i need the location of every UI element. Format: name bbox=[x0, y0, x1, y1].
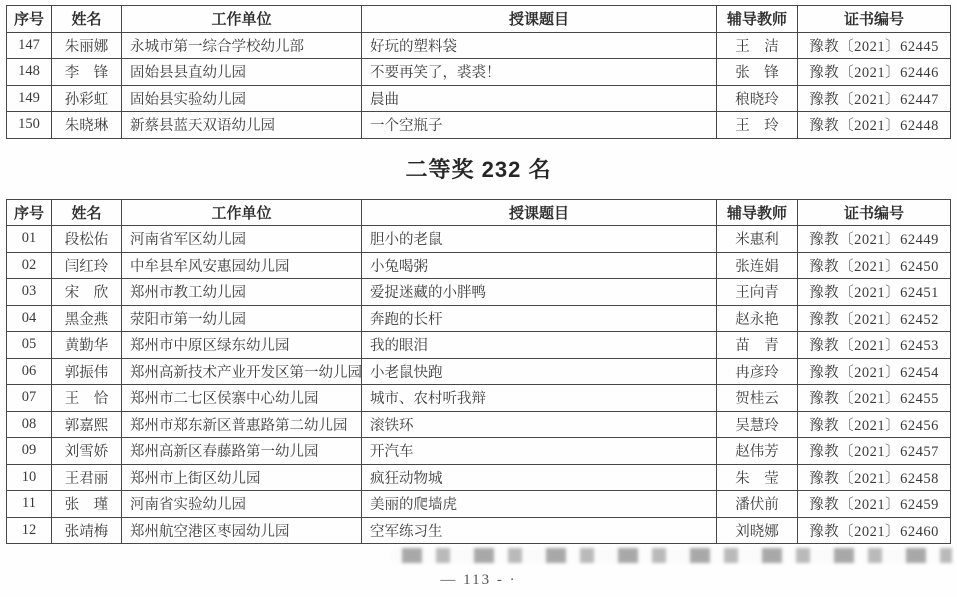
table-cell: 黑金燕 bbox=[52, 305, 122, 332]
table-cell: 150 bbox=[7, 112, 52, 139]
table-cell: 豫教〔2021〕62457 bbox=[798, 438, 951, 465]
table-cell: 小老鼠快跑 bbox=[362, 358, 717, 385]
header-tutor: 辅导教师 bbox=[717, 6, 798, 33]
table-cell: 郑州市中原区绿东幼儿园 bbox=[122, 332, 362, 359]
table-cell: 郑州航空港区枣园幼儿园 bbox=[122, 517, 362, 544]
table-cell: 新蔡县蓝天双语幼儿园 bbox=[122, 112, 362, 139]
table-header: 序号 姓名 工作单位 授课题目 辅导教师 证书编号 bbox=[7, 199, 951, 226]
table-cell: 02 bbox=[7, 252, 52, 279]
table-cell: 04 bbox=[7, 305, 52, 332]
table-cell: 黄勤华 bbox=[52, 332, 122, 359]
table-cell: 一个空瓶子 bbox=[362, 112, 717, 139]
page-number: — 113 - · bbox=[0, 572, 957, 589]
table-cell: 李 锋 bbox=[52, 59, 122, 86]
header-work-unit: 工作单位 bbox=[122, 6, 362, 33]
table-cell: 张 瑾 bbox=[52, 491, 122, 518]
header-serial: 序号 bbox=[7, 6, 52, 33]
table-cell: 闫红玲 bbox=[52, 252, 122, 279]
table-row: 10王君丽郑州市上街区幼儿园疯狂动物城朱 莹豫教〔2021〕62458 bbox=[7, 464, 951, 491]
table-cell: 郑州市上街区幼儿园 bbox=[122, 464, 362, 491]
table-cell: 08 bbox=[7, 411, 52, 438]
table-row: 04黑金燕荥阳市第一幼儿园奔跑的长杆赵永艳豫教〔2021〕62452 bbox=[7, 305, 951, 332]
table-cell: 豫教〔2021〕62450 bbox=[798, 252, 951, 279]
table-cell: 米惠利 bbox=[717, 226, 798, 253]
table-cell: 王 洁 bbox=[717, 32, 798, 59]
table-cell: 王君丽 bbox=[52, 464, 122, 491]
table-row: 150朱晓琳新蔡县蓝天双语幼儿园一个空瓶子王 玲豫教〔2021〕62448 bbox=[7, 112, 951, 139]
table-cell: 美丽的爬墙虎 bbox=[362, 491, 717, 518]
header-lecture-title: 授课题目 bbox=[362, 6, 717, 33]
table-cell: 朱丽娜 bbox=[52, 32, 122, 59]
table-cell: 张 锋 bbox=[717, 59, 798, 86]
table-cell: 刘雪娇 bbox=[52, 438, 122, 465]
table-cell: 王向青 bbox=[717, 279, 798, 306]
table-cell: 段松佑 bbox=[52, 226, 122, 253]
table-cell: 郑州高新区春藤路第一幼儿园 bbox=[122, 438, 362, 465]
table-cell: 滚铁环 bbox=[362, 411, 717, 438]
table-row: 05黄勤华郑州市中原区绿东幼儿园我的眼泪苗 青豫教〔2021〕62453 bbox=[7, 332, 951, 359]
table-row: 148李 锋固始县县直幼儿园不要再笑了，裘裘！张 锋豫教〔2021〕62446 bbox=[7, 59, 951, 86]
table-cell: 贺桂云 bbox=[717, 385, 798, 412]
table-cell: 晨曲 bbox=[362, 85, 717, 112]
table-cell: 豫教〔2021〕62447 bbox=[798, 85, 951, 112]
header-name: 姓名 bbox=[52, 199, 122, 226]
table-row: 08郭嘉熙郑州市郑东新区普惠路第二幼儿园滚铁环吴慧玲豫教〔2021〕62456 bbox=[7, 411, 951, 438]
table-cell: 05 bbox=[7, 332, 52, 359]
document-page: 序号 姓名 工作单位 授课题目 辅导教师 证书编号 147朱丽娜永城市第一综合学… bbox=[0, 0, 957, 597]
table-cell: 豫教〔2021〕62455 bbox=[798, 385, 951, 412]
table-row: 147朱丽娜永城市第一综合学校幼儿部好玩的塑料袋王 洁豫教〔2021〕62445 bbox=[7, 32, 951, 59]
table-cell: 豫教〔2021〕62446 bbox=[798, 59, 951, 86]
table-cell: 豫教〔2021〕62453 bbox=[798, 332, 951, 359]
table-cell: 豫教〔2021〕62458 bbox=[798, 464, 951, 491]
table-cell: 刘晓娜 bbox=[717, 517, 798, 544]
table-cell: 郑州高新技术产业开发区第一幼儿园 bbox=[122, 358, 362, 385]
table-cell: 河南省军区幼儿园 bbox=[122, 226, 362, 253]
table-cell: 12 bbox=[7, 517, 52, 544]
table-cell: 03 bbox=[7, 279, 52, 306]
table-cell: 豫教〔2021〕62451 bbox=[798, 279, 951, 306]
table-cell: 郭振伟 bbox=[52, 358, 122, 385]
table-cell: 郭嘉熙 bbox=[52, 411, 122, 438]
table-cell: 苗 青 bbox=[717, 332, 798, 359]
table-cell: 孙彩虹 bbox=[52, 85, 122, 112]
table-cell: 11 bbox=[7, 491, 52, 518]
table-cell: 荥阳市第一幼儿园 bbox=[122, 305, 362, 332]
table-header: 序号 姓名 工作单位 授课题目 辅导教师 证书编号 bbox=[7, 6, 951, 33]
first-prize-table: 序号 姓名 工作单位 授课题目 辅导教师 证书编号 147朱丽娜永城市第一综合学… bbox=[6, 5, 951, 139]
header-lecture-title: 授课题目 bbox=[362, 199, 717, 226]
table-cell: 好玩的塑料袋 bbox=[362, 32, 717, 59]
table-cell: 爱捉迷藏的小胖鸭 bbox=[362, 279, 717, 306]
table-cell: 147 bbox=[7, 32, 52, 59]
table-cell: 朱 莹 bbox=[717, 464, 798, 491]
table-cell: 06 bbox=[7, 358, 52, 385]
table-cell: 潘伏前 bbox=[717, 491, 798, 518]
table-row: 12张靖梅郑州航空港区枣园幼儿园空军练习生刘晓娜豫教〔2021〕62460 bbox=[7, 517, 951, 544]
table-cell: 赵永艳 bbox=[717, 305, 798, 332]
second-prize-table: 序号 姓名 工作单位 授课题目 辅导教师 证书编号 01段松佑河南省军区幼儿园胆… bbox=[6, 199, 951, 545]
table-cell: 中牟县牟风安惠园幼儿园 bbox=[122, 252, 362, 279]
table-cell: 豫教〔2021〕62445 bbox=[798, 32, 951, 59]
header-certificate-no: 证书编号 bbox=[798, 199, 951, 226]
table-row: 07王 恰郑州市二七区侯寨中心幼儿园城市、农村听我辩贺桂云豫教〔2021〕624… bbox=[7, 385, 951, 412]
header-row: 序号 姓名 工作单位 授课题目 辅导教师 证书编号 bbox=[7, 199, 951, 226]
table-row: 06郭振伟郑州高新技术产业开发区第一幼儿园小老鼠快跑冉彦玲豫教〔2021〕624… bbox=[7, 358, 951, 385]
table-cell: 149 bbox=[7, 85, 52, 112]
table-row: 09刘雪娇郑州高新区春藤路第一幼儿园开汽车赵伟芳豫教〔2021〕62457 bbox=[7, 438, 951, 465]
table-cell: 豫教〔2021〕62460 bbox=[798, 517, 951, 544]
table-cell: 赵伟芳 bbox=[717, 438, 798, 465]
table-row: 01段松佑河南省军区幼儿园胆小的老鼠米惠利豫教〔2021〕62449 bbox=[7, 226, 951, 253]
table-cell: 胆小的老鼠 bbox=[362, 226, 717, 253]
table-cell: 豫教〔2021〕62449 bbox=[798, 226, 951, 253]
table-cell: 河南省实验幼儿园 bbox=[122, 491, 362, 518]
table-cell: 郑州市教工幼儿园 bbox=[122, 279, 362, 306]
table-cell: 豫教〔2021〕62454 bbox=[798, 358, 951, 385]
table-cell: 固始县实验幼儿园 bbox=[122, 85, 362, 112]
table-cell: 我的眼泪 bbox=[362, 332, 717, 359]
table-cell: 冉彦玲 bbox=[717, 358, 798, 385]
table-cell: 郑州市郑东新区普惠路第二幼儿园 bbox=[122, 411, 362, 438]
table-body: 01段松佑河南省军区幼儿园胆小的老鼠米惠利豫教〔2021〕6244902闫红玲中… bbox=[7, 226, 951, 544]
table-cell: 小兔喝粥 bbox=[362, 252, 717, 279]
table-cell: 王 恰 bbox=[52, 385, 122, 412]
header-certificate-no: 证书编号 bbox=[798, 6, 951, 33]
header-tutor: 辅导教师 bbox=[717, 199, 798, 226]
table-cell: 豫教〔2021〕62448 bbox=[798, 112, 951, 139]
table-cell: 城市、农村听我辩 bbox=[362, 385, 717, 412]
table-row: 03宋 欣郑州市教工幼儿园爱捉迷藏的小胖鸭王向青豫教〔2021〕62451 bbox=[7, 279, 951, 306]
table-cell: 张靖梅 bbox=[52, 517, 122, 544]
table-row: 11张 瑾河南省实验幼儿园美丽的爬墙虎潘伏前豫教〔2021〕62459 bbox=[7, 491, 951, 518]
table-row: 149孙彩虹固始县实验幼儿园晨曲稂晓玲豫教〔2021〕62447 bbox=[7, 85, 951, 112]
header-row: 序号 姓名 工作单位 授课题目 辅导教师 证书编号 bbox=[7, 6, 951, 33]
table-row: 02闫红玲中牟县牟风安惠园幼儿园小兔喝粥张连娟豫教〔2021〕62450 bbox=[7, 252, 951, 279]
table-cell: 吴慧玲 bbox=[717, 411, 798, 438]
header-name: 姓名 bbox=[52, 6, 122, 33]
table-cell: 07 bbox=[7, 385, 52, 412]
table-cell: 148 bbox=[7, 59, 52, 86]
table-cell: 稂晓玲 bbox=[717, 85, 798, 112]
blurred-watermark bbox=[392, 548, 952, 563]
table-cell: 永城市第一综合学校幼儿部 bbox=[122, 32, 362, 59]
table-cell: 张连娟 bbox=[717, 252, 798, 279]
table-cell: 豫教〔2021〕62452 bbox=[798, 305, 951, 332]
table-cell: 固始县县直幼儿园 bbox=[122, 59, 362, 86]
table-cell: 郑州市二七区侯寨中心幼儿园 bbox=[122, 385, 362, 412]
table-cell: 不要再笑了，裘裘！ bbox=[362, 59, 717, 86]
header-work-unit: 工作单位 bbox=[122, 199, 362, 226]
table-cell: 开汽车 bbox=[362, 438, 717, 465]
second-prize-heading: 二等奖 232 名 bbox=[0, 139, 957, 199]
table-cell: 09 bbox=[7, 438, 52, 465]
table-cell: 豫教〔2021〕62459 bbox=[798, 491, 951, 518]
table-cell: 豫教〔2021〕62456 bbox=[798, 411, 951, 438]
table-cell: 朱晓琳 bbox=[52, 112, 122, 139]
table-body: 147朱丽娜永城市第一综合学校幼儿部好玩的塑料袋王 洁豫教〔2021〕62445… bbox=[7, 32, 951, 138]
table-cell: 疯狂动物城 bbox=[362, 464, 717, 491]
table-cell: 奔跑的长杆 bbox=[362, 305, 717, 332]
header-serial: 序号 bbox=[7, 199, 52, 226]
table-cell: 王 玲 bbox=[717, 112, 798, 139]
table-cell: 空军练习生 bbox=[362, 517, 717, 544]
table-cell: 10 bbox=[7, 464, 52, 491]
table-cell: 01 bbox=[7, 226, 52, 253]
table-cell: 宋 欣 bbox=[52, 279, 122, 306]
